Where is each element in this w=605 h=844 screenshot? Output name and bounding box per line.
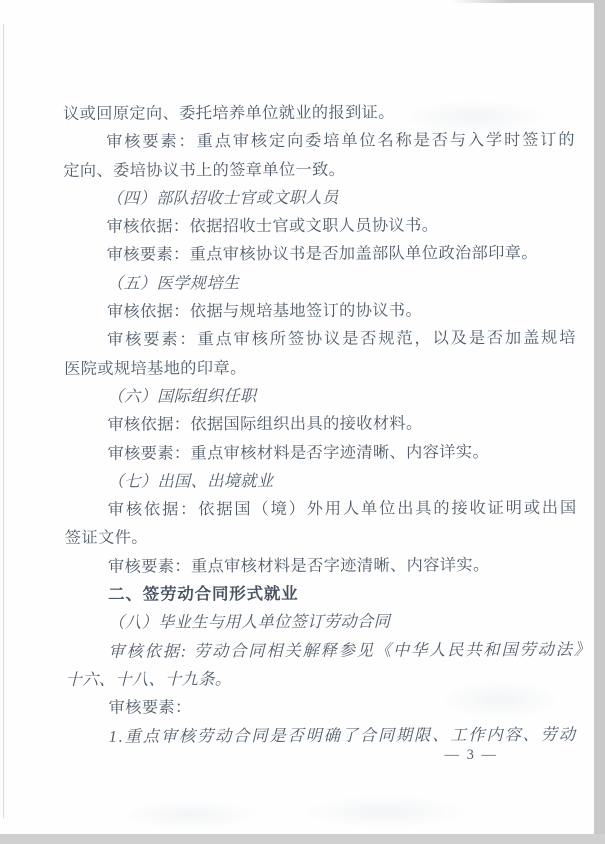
text-line: 审核依据: 劳动合同相关解释参见《中华人民共和国劳动法》 bbox=[65, 636, 543, 666]
text-line: 审核依据：依据国际组织出具的接收材料。 bbox=[64, 409, 542, 439]
text-line: 十六、十八、十九条。 bbox=[65, 664, 543, 694]
text-line: 审核要素：重点审核材料是否字迹清晰、内容详实。 bbox=[65, 551, 543, 581]
scanner-background-top bbox=[452, 0, 594, 3]
text-line: 医院或规培基地的印章。 bbox=[64, 353, 542, 383]
text-line: 审核依据：依据与规培基地签订的协议书。 bbox=[64, 296, 542, 326]
text-line: 议或回原定向、委托培养单位就业的报到证。 bbox=[63, 98, 541, 128]
scanner-background-bottom bbox=[0, 834, 605, 844]
scan-smudge bbox=[300, 795, 470, 829]
text-line: 签证文件。 bbox=[65, 522, 543, 552]
text-line: （七）出国、出境就业 bbox=[65, 466, 543, 496]
scan-smudge bbox=[120, 800, 260, 830]
text-line: 二、签劳动合同形式就业 bbox=[65, 579, 543, 609]
text-line: 审核要素： bbox=[66, 692, 544, 722]
page-left-edge-line bbox=[3, 24, 4, 818]
text-line: 审核要素：重点审核协议书是否加盖部队单位政治部印章。 bbox=[64, 239, 542, 269]
text-line: 审核要素：重点审核所签协议是否规范，以及是否加盖规培 bbox=[64, 324, 542, 354]
scanned-document-page: 议或回原定向、委托培养单位就业的报到证。审核要素：重点审核定向委培单位名称是否与… bbox=[0, 0, 605, 844]
text-line: 审核依据：依据招收士官或文职人员协议书。 bbox=[63, 211, 541, 241]
text-line: （八）毕业生与用人单位签订劳动合同 bbox=[65, 607, 543, 637]
text-line: 审核要素：重点审核材料是否字迹清晰、内容详实。 bbox=[64, 437, 542, 467]
text-line: 审核依据：依据国（境）外用人单位出具的接收证明或出国 bbox=[65, 494, 543, 524]
scanner-background-right bbox=[594, 0, 605, 844]
page-number: — 3 — bbox=[445, 747, 499, 764]
text-line: （六）国际组织任职 bbox=[64, 381, 542, 411]
text-line: （五）医学规培生 bbox=[64, 268, 542, 298]
text-line: 定向、委培协议书上的签章单位一致。 bbox=[63, 155, 541, 185]
text-line: （四）部队招收士官或文职人员 bbox=[63, 183, 541, 213]
text-line: 审核要素：重点审核定向委培单位名称是否与入学时签订的 bbox=[63, 126, 541, 156]
text-lines: 议或回原定向、委托培养单位就业的报到证。审核要素：重点审核定向委培单位名称是否与… bbox=[63, 98, 544, 751]
